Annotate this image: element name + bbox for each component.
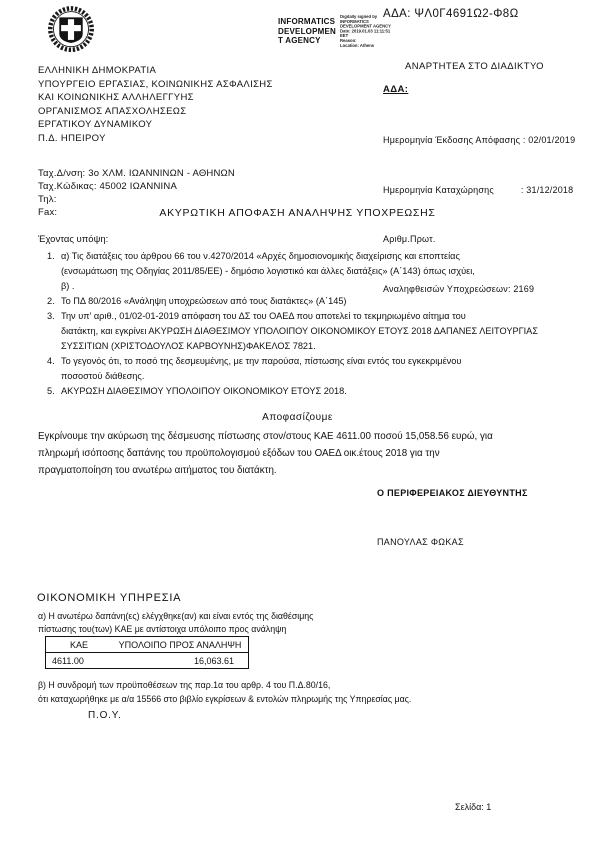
preamble-item: 3. Την υπ' αριθ., 01/02-01-2019 απόφαση … [47, 309, 567, 354]
table-row: 4611.00 16,063.61 [46, 653, 249, 669]
letterhead-line: ΥΠΟΥΡΓΕΙΟ ΕΡΓΑΣΙΑΣ, ΚΟΙΝΩΝΙΚΗΣ ΑΣΦΑΛΙΣΗΣ [38, 78, 273, 92]
finance-note-b: β) Η συνδρομή των προϋποθέσεων της παρ.1… [38, 679, 578, 706]
decision-body: Εγκρίνουμε την ακύρωση της δέσμευσης πίσ… [38, 428, 558, 479]
document-page: ΑΔΑ: ΨΛ0Γ4691Ω2-Φ8Ω INFORMATICS DEVELOPM… [0, 0, 595, 842]
preamble-heading: Έχοντας υπόψη: [38, 234, 108, 245]
list-number: 3. [47, 309, 55, 324]
preamble-item-text: Το γεγονός ότι, το ποσό της δεσμευμένης,… [61, 356, 461, 381]
finance-section-heading: ΟΙΚΟΝΟΜΙΚΗ ΥΠΗΡΕΣΙΑ [37, 592, 181, 604]
letterhead: ΕΛΛΗΝΙΚΗ ΔΗΜΟΚΡΑΤΙΑ ΥΠΟΥΡΓΕΙΟ ΕΡΓΑΣΙΑΣ, … [38, 64, 273, 145]
letterhead-line: Π.Δ. ΗΠΕΙΡΟΥ [38, 132, 273, 146]
list-number: 2. [47, 294, 55, 309]
table-header-kae: ΚΑΕ [46, 637, 113, 653]
meta-protocol-number: Αριθμ.Πρωτ. [383, 231, 575, 248]
ada-label: ΑΔΑ: [383, 84, 408, 95]
greek-republic-emblem-icon [44, 3, 98, 57]
contact-phone: Τηλ: [38, 193, 235, 206]
letterhead-line: ΟΡΓΑΝΙΣΜΟΣ ΑΠΑΣΧΟΛΗΣΕΩΣ [38, 105, 273, 119]
letterhead-line: ΚΑΙ ΚΟΙΝΩΝΙΚΗΣ ΑΛΛΗΛΕΓΓΥΗΣ [38, 91, 273, 105]
decision-heading: Αποφασίζουμε [0, 412, 595, 423]
preamble-item-text: Το ΠΔ 80/2016 «Ανάληψη υποχρεώσεων από τ… [61, 296, 346, 306]
table-header-row: ΚΑΕ ΥΠΟΛΟΙΠΟ ΠΡΟΣ ΑΝΑΛΗΨΗ [46, 637, 249, 653]
preamble-item-text: ΑΚΥΡΩΣΗ ΔΙΑΘΕΣΙΜΟΥ ΥΠΟΛΟΙΠΟΥ ΟΙΚΟΝΟΜΙΚΟΥ… [61, 386, 347, 396]
page-number: Σελίδα: 1 [455, 802, 491, 812]
signatory-name: ΠΑΝΟΥΛΑΣ ΦΩΚΑΣ [377, 537, 464, 547]
preamble-item-text: α) Τις διατάξεις του άρθρου 66 του ν.427… [61, 251, 475, 291]
preamble-item: 1. α) Τις διατάξεις του άρθρου 66 του ν.… [47, 249, 567, 294]
list-number: 1. [47, 249, 55, 264]
finance-note-a: α) Η ανωτέρω δαπάνη(ες) ελέγχθηκε(αν) κα… [38, 610, 458, 636]
signature-stamp-agency: INFORMATICS DEVELOPMEN T AGENCY [278, 17, 340, 46]
letterhead-line: ΕΡΓΑΤΙΚΟΥ ΔΥΝΑΜΙΚΟΥ [38, 118, 273, 132]
table-header-balance: ΥΠΟΛΟΙΠΟ ΠΡΟΣ ΑΝΑΛΗΨΗ [112, 637, 249, 653]
preamble-item: 5. ΑΚΥΡΩΣΗ ΔΙΑΘΕΣΙΜΟΥ ΥΠΟΛΟΙΠΟΥ ΟΙΚΟΝΟΜΙ… [47, 384, 567, 399]
signatory-title: Ο ΠΕΡΙΦΕΡΕΙΑΚΟΣ ΔΙΕΥΘΥΝΤΗΣ [377, 488, 528, 498]
kae-balance-table: ΚΑΕ ΥΠΟΛΟΙΠΟ ΠΡΟΣ ΑΝΑΛΗΨΗ 4611.00 16,063… [45, 636, 249, 669]
preamble-list: 1. α) Τις διατάξεις του άρθρου 66 του ν.… [47, 249, 567, 399]
meta-issue-date: Ημερομηνία Έκδοσης Απόφασης : 02/01/2019 [383, 132, 575, 149]
ada-code: ΑΔΑ: ΨΛ0Γ4691Ω2-Φ8Ω [383, 8, 519, 20]
table-cell-balance: 16,063.61 [112, 653, 249, 669]
signature-stamp-details: Digitally signed by INFORMATICS DEVELOPM… [340, 15, 394, 49]
list-number: 4. [47, 354, 55, 369]
publish-notice: ΑΝΑΡΤΗΤΕΑ ΣΤΟ ΔΙΑΔΙΚΤΥΟ [405, 61, 544, 72]
preamble-item: 4. Το γεγονός ότι, το ποσό της δεσμευμέν… [47, 354, 567, 384]
contact-postcode: Ταχ.Κώδικας: 45002 ΙΩΑΝΝΙΝΑ [38, 180, 235, 193]
poy-signoff: Π.Ο.Υ. [88, 710, 122, 721]
table-cell-kae: 4611.00 [46, 653, 113, 669]
list-number: 5. [47, 384, 55, 399]
contact-address: Ταχ.Δ/νση: 3ο ΧΛΜ. ΙΩΑΝΝΙΝΩΝ - ΑΘΗΝΩΝ [38, 167, 235, 180]
preamble-item: 2. Το ΠΔ 80/2016 «Ανάληψη υποχρεώσεων απ… [47, 294, 567, 309]
document-title: ΑΚΥΡΩΤΙΚΗ ΑΠΟΦΑΣΗ ΑΝΑΛΗΨΗΣ ΥΠΟΧΡΕΩΣΗΣ [0, 207, 595, 219]
letterhead-line: ΕΛΛΗΝΙΚΗ ΔΗΜΟΚΡΑΤΙΑ [38, 64, 273, 78]
meta-register-date: Ημερομηνία Καταχώρησης : 31/12/2018 [383, 182, 575, 199]
preamble-item-text: Την υπ' αριθ., 01/02-01-2019 απόφαση του… [61, 311, 538, 351]
